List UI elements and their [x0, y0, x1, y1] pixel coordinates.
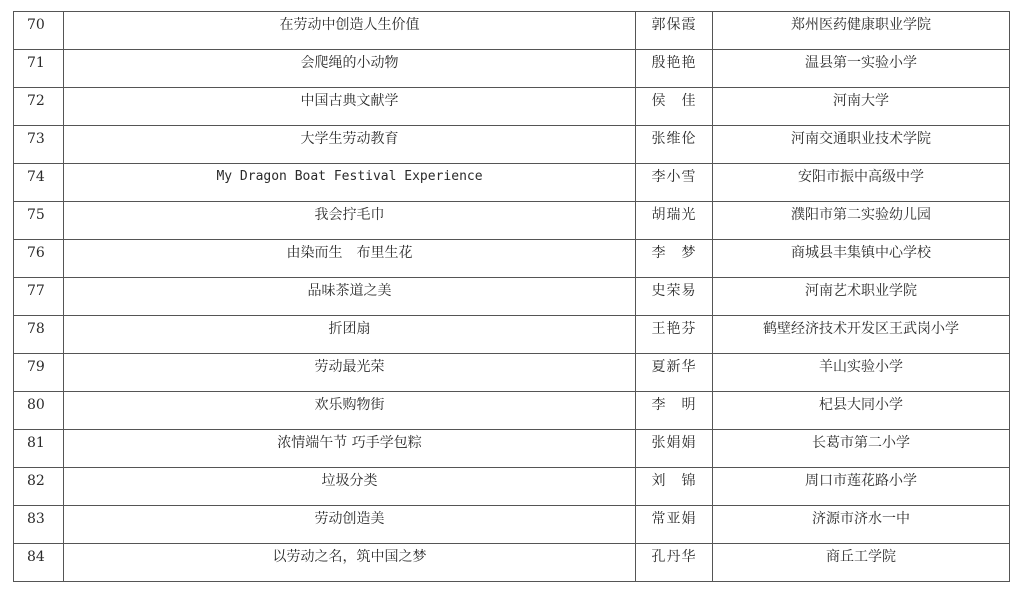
row-number-cell: 77 [14, 278, 64, 316]
unit-name: 羊山实验小学 [713, 354, 1009, 374]
row-number-cell: 70 [14, 12, 64, 50]
author-name: 殷艳艳 [636, 50, 712, 70]
row-number-cell: 82 [14, 468, 64, 506]
row-number: 72 [14, 88, 63, 108]
author-name: 郭保霞 [636, 12, 712, 32]
unit-cell: 濮阳市第二实验幼儿园 [713, 202, 1010, 240]
unit-name: 济源市济水一中 [713, 506, 1009, 526]
author-name: 张维伦 [636, 126, 712, 146]
unit-cell: 河南大学 [713, 88, 1010, 126]
unit-name: 河南交通职业技术学院 [713, 126, 1009, 146]
table-row: 76 由染而生 布里生花 李 梦 商城县丰集镇中心学校 [14, 240, 1010, 278]
row-number-cell: 79 [14, 354, 64, 392]
unit-name: 濮阳市第二实验幼儿园 [713, 202, 1009, 222]
table-row: 79 劳动最光荣 夏新华 羊山实验小学 [14, 354, 1010, 392]
title-cell: 中国古典文献学 [64, 88, 636, 126]
unit-cell: 河南艺术职业学院 [713, 278, 1010, 316]
author-cell: 刘 锦 [636, 468, 713, 506]
row-number-cell: 81 [14, 430, 64, 468]
author-name: 李 梦 [636, 240, 712, 260]
work-title: 以劳动之名，筑中国之梦 [64, 544, 635, 564]
title-cell: 垃圾分类 [64, 468, 636, 506]
unit-cell: 安阳市振中高级中学 [713, 164, 1010, 202]
row-number: 70 [14, 12, 63, 32]
row-number: 76 [14, 240, 63, 260]
table-row: 83 劳动创造美 常亚娟 济源市济水一中 [14, 506, 1010, 544]
author-name: 常亚娟 [636, 506, 712, 526]
author-cell: 李 梦 [636, 240, 713, 278]
unit-cell: 羊山实验小学 [713, 354, 1010, 392]
author-name: 李小雪 [636, 164, 712, 184]
work-title: 垃圾分类 [64, 468, 635, 488]
author-name: 刘 锦 [636, 468, 712, 488]
work-title: My Dragon Boat Festival Experience [64, 164, 635, 184]
unit-name: 郑州医药健康职业学院 [713, 12, 1009, 32]
row-number-cell: 84 [14, 544, 64, 582]
row-number: 77 [14, 278, 63, 298]
row-number: 80 [14, 392, 63, 412]
unit-name: 杞县大同小学 [713, 392, 1009, 412]
row-number: 78 [14, 316, 63, 336]
unit-cell: 济源市济水一中 [713, 506, 1010, 544]
work-title: 在劳动中创造人生价值 [64, 12, 635, 32]
title-cell: 大学生劳动教育 [64, 126, 636, 164]
work-title: 欢乐购物街 [64, 392, 635, 412]
table-row: 71 会爬绳的小动物 殷艳艳 温县第一实验小学 [14, 50, 1010, 88]
row-number-cell: 72 [14, 88, 64, 126]
author-name: 王艳芬 [636, 316, 712, 336]
title-cell: 在劳动中创造人生价值 [64, 12, 636, 50]
author-cell: 孔丹华 [636, 544, 713, 582]
title-cell: 我会拧毛巾 [64, 202, 636, 240]
award-list-table: 70 在劳动中创造人生价值 郭保霞 郑州医药健康职业学院 71 会爬绳的小动物 … [13, 11, 1010, 582]
table-row: 72 中国古典文献学 侯 佳 河南大学 [14, 88, 1010, 126]
author-name: 胡瑞光 [636, 202, 712, 222]
work-title: 折团扇 [64, 316, 635, 336]
author-name: 夏新华 [636, 354, 712, 374]
unit-cell: 商丘工学院 [713, 544, 1010, 582]
author-cell: 张娟娟 [636, 430, 713, 468]
work-title: 品味茶道之美 [64, 278, 635, 298]
unit-cell: 长葛市第二小学 [713, 430, 1010, 468]
title-cell: 以劳动之名，筑中国之梦 [64, 544, 636, 582]
row-number-cell: 71 [14, 50, 64, 88]
unit-cell: 河南交通职业技术学院 [713, 126, 1010, 164]
author-name: 孔丹华 [636, 544, 712, 564]
unit-name: 商城县丰集镇中心学校 [713, 240, 1009, 260]
document-page: 70 在劳动中创造人生价值 郭保霞 郑州医药健康职业学院 71 会爬绳的小动物 … [0, 0, 1025, 600]
table-row: 84 以劳动之名，筑中国之梦 孔丹华 商丘工学院 [14, 544, 1010, 582]
title-cell: 由染而生 布里生花 [64, 240, 636, 278]
row-number: 83 [14, 506, 63, 526]
row-number: 82 [14, 468, 63, 488]
unit-cell: 鹤壁经济技术开发区王武岗小学 [713, 316, 1010, 354]
author-cell: 殷艳艳 [636, 50, 713, 88]
row-number: 84 [14, 544, 63, 564]
table-row: 78 折团扇 王艳芬 鹤壁经济技术开发区王武岗小学 [14, 316, 1010, 354]
row-number-cell: 78 [14, 316, 64, 354]
row-number: 79 [14, 354, 63, 374]
author-name: 张娟娟 [636, 430, 712, 450]
author-cell: 李 明 [636, 392, 713, 430]
author-cell: 郭保霞 [636, 12, 713, 50]
unit-name: 温县第一实验小学 [713, 50, 1009, 70]
author-name: 李 明 [636, 392, 712, 412]
work-title: 大学生劳动教育 [64, 126, 635, 146]
author-cell: 张维伦 [636, 126, 713, 164]
row-number: 73 [14, 126, 63, 146]
author-cell: 胡瑞光 [636, 202, 713, 240]
author-cell: 王艳芬 [636, 316, 713, 354]
row-number-cell: 74 [14, 164, 64, 202]
table-row: 75 我会拧毛巾 胡瑞光 濮阳市第二实验幼儿园 [14, 202, 1010, 240]
work-title: 我会拧毛巾 [64, 202, 635, 222]
author-name: 侯 佳 [636, 88, 712, 108]
title-cell: 劳动最光荣 [64, 354, 636, 392]
row-number: 74 [14, 164, 63, 184]
unit-cell: 温县第一实验小学 [713, 50, 1010, 88]
row-number: 81 [14, 430, 63, 450]
author-name: 史荣易 [636, 278, 712, 298]
unit-name: 河南大学 [713, 88, 1009, 108]
author-cell: 李小雪 [636, 164, 713, 202]
table-row: 82 垃圾分类 刘 锦 周口市莲花路小学 [14, 468, 1010, 506]
work-title: 浓情端午节 巧手学包粽 [64, 430, 635, 450]
author-cell: 史荣易 [636, 278, 713, 316]
row-number-cell: 75 [14, 202, 64, 240]
row-number-cell: 80 [14, 392, 64, 430]
author-cell: 侯 佳 [636, 88, 713, 126]
row-number-cell: 76 [14, 240, 64, 278]
table-row: 77 品味茶道之美 史荣易 河南艺术职业学院 [14, 278, 1010, 316]
title-cell: My Dragon Boat Festival Experience [64, 164, 636, 202]
unit-cell: 郑州医药健康职业学院 [713, 12, 1010, 50]
unit-name: 安阳市振中高级中学 [713, 164, 1009, 184]
row-number: 75 [14, 202, 63, 222]
title-cell: 折团扇 [64, 316, 636, 354]
unit-name: 商丘工学院 [713, 544, 1009, 564]
unit-name: 周口市莲花路小学 [713, 468, 1009, 488]
table-row: 81 浓情端午节 巧手学包粽 张娟娟 长葛市第二小学 [14, 430, 1010, 468]
work-title: 会爬绳的小动物 [64, 50, 635, 70]
unit-name: 长葛市第二小学 [713, 430, 1009, 450]
author-cell: 夏新华 [636, 354, 713, 392]
row-number-cell: 73 [14, 126, 64, 164]
work-title: 劳动创造美 [64, 506, 635, 526]
unit-cell: 商城县丰集镇中心学校 [713, 240, 1010, 278]
title-cell: 欢乐购物街 [64, 392, 636, 430]
work-title: 由染而生 布里生花 [64, 240, 635, 260]
title-cell: 会爬绳的小动物 [64, 50, 636, 88]
work-title: 中国古典文献学 [64, 88, 635, 108]
unit-name: 鹤壁经济技术开发区王武岗小学 [713, 316, 1009, 336]
author-cell: 常亚娟 [636, 506, 713, 544]
unit-cell: 周口市莲花路小学 [713, 468, 1010, 506]
work-title: 劳动最光荣 [64, 354, 635, 374]
table-row: 80 欢乐购物街 李 明 杞县大同小学 [14, 392, 1010, 430]
unit-cell: 杞县大同小学 [713, 392, 1010, 430]
title-cell: 劳动创造美 [64, 506, 636, 544]
row-number-cell: 83 [14, 506, 64, 544]
table-row: 73 大学生劳动教育 张维伦 河南交通职业技术学院 [14, 126, 1010, 164]
row-number: 71 [14, 50, 63, 70]
title-cell: 浓情端午节 巧手学包粽 [64, 430, 636, 468]
unit-name: 河南艺术职业学院 [713, 278, 1009, 298]
table-row: 70 在劳动中创造人生价值 郭保霞 郑州医药健康职业学院 [14, 12, 1010, 50]
title-cell: 品味茶道之美 [64, 278, 636, 316]
table-row: 74 My Dragon Boat Festival Experience 李小… [14, 164, 1010, 202]
